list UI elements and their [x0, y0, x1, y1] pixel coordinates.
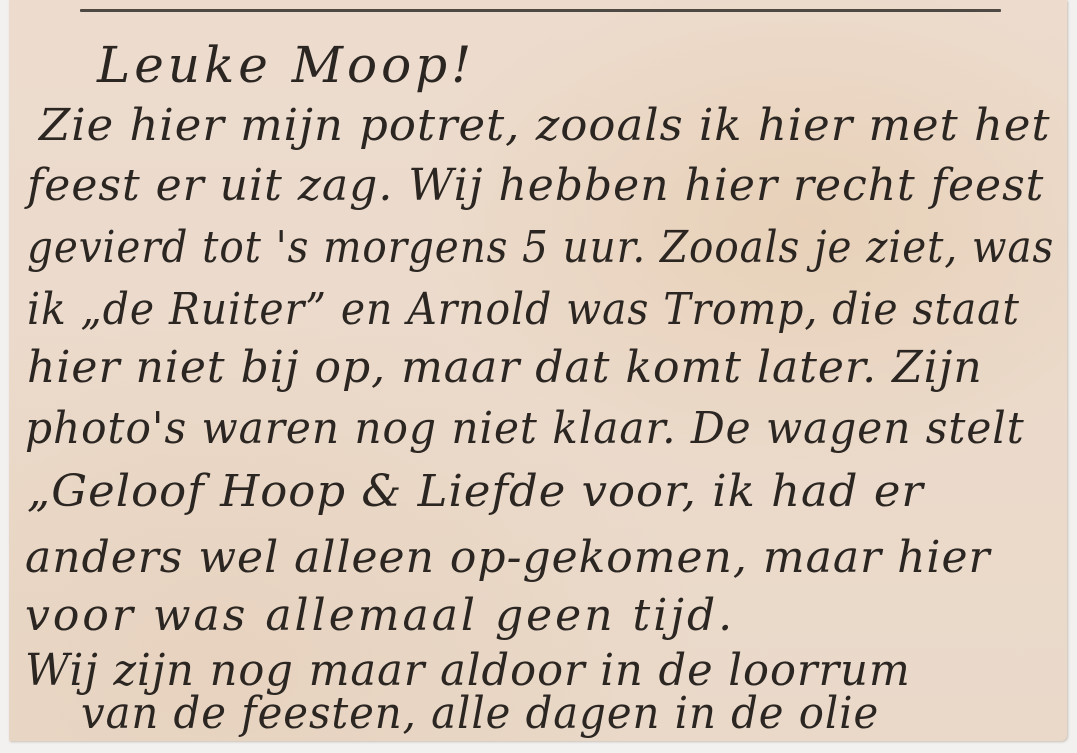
letter-line-7: „Geloof Hoop & Liefde voor, ik had er	[27, 466, 924, 517]
printed-divider-line	[80, 9, 1001, 12]
salutation: Leuke Moop!	[97, 36, 475, 94]
letter-line-11: van de feesten, alle dagen in de olie	[81, 688, 879, 739]
letter-line-8: anders wel alleen op-gekomen, maar hier	[25, 532, 991, 583]
letter-line-3: gevierd tot 's morgens 5 uur. Zooals je …	[27, 222, 1054, 273]
letter-line-5: hier niet bij op, maar dat komt later. Z…	[27, 342, 983, 393]
letter-line-1: Zie hier mijn potret, zooals ik hier met…	[39, 100, 1051, 151]
letter-line-2: feest er uit zag. Wij hebben hier recht …	[27, 160, 1044, 211]
letter-line-9: voor was allemaal geen tijd.	[25, 590, 735, 641]
postcard: Leuke Moop! Zie hier mijn potret, zooals…	[9, 0, 1067, 741]
letter-line-4: ik „de Ruiter” en Arnold was Tromp, die …	[27, 284, 1020, 335]
letter-line-6: photo's waren nog niet klaar. De wagen s…	[25, 403, 1025, 454]
